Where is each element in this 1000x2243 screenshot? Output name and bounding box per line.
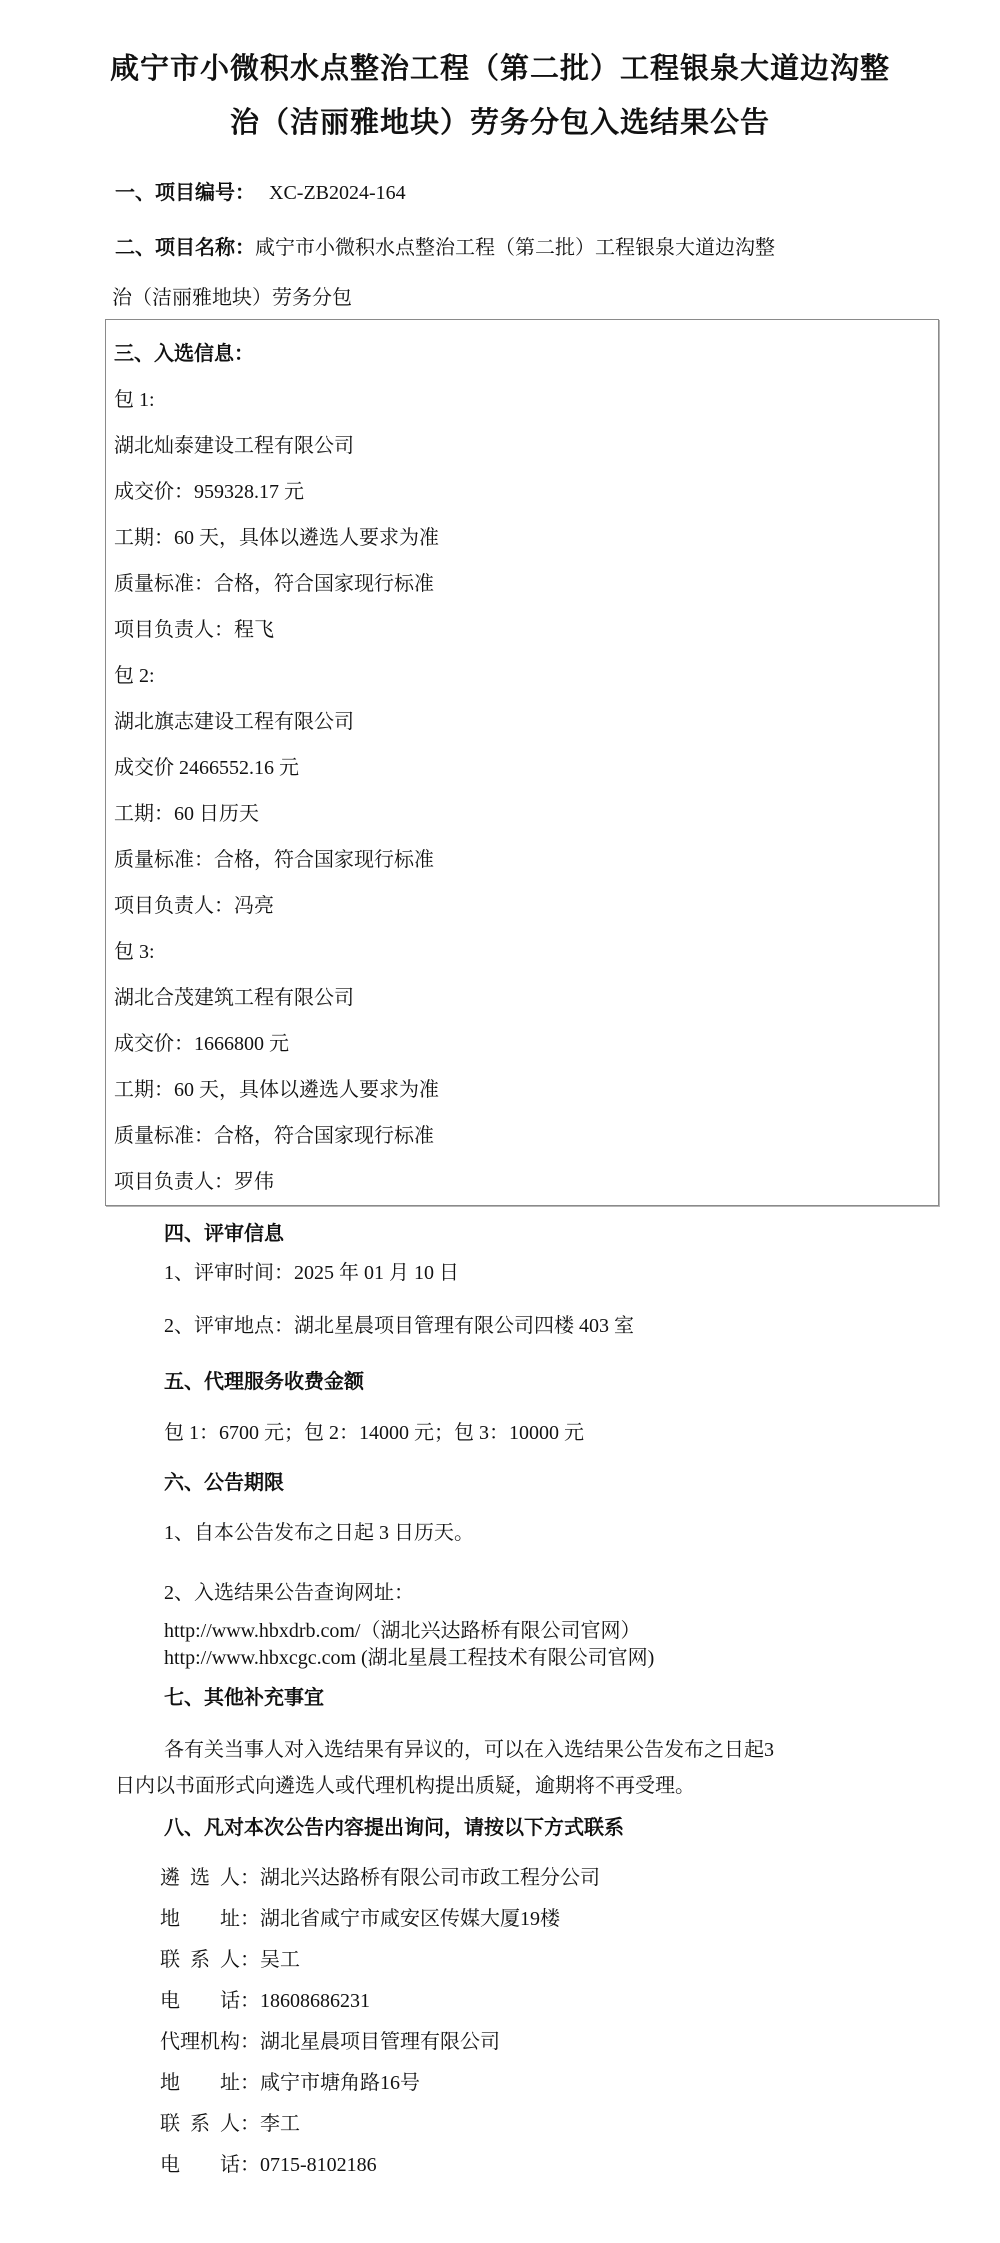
selector-contact-person-row: 联系人：吴工 — [0, 1946, 1000, 1974]
selector-address-value: ：湖北省咸宁市咸安区传媒大厦19楼 — [240, 1908, 560, 1930]
package-1-duration: 工期：60 天，具体以遴选人要求为准 — [114, 515, 928, 561]
agency-value: ：湖北星晨项目管理有限公司 — [240, 2031, 500, 2053]
agency-contact-person-row: 联系人：李工 — [0, 2110, 1000, 2138]
selector-phone-row: 电话：18608686231 — [0, 1987, 1000, 2015]
selection-info-heading: 三、入选信息： — [114, 331, 928, 377]
package-3-company: 湖北合茂建筑工程有限公司 — [114, 975, 928, 1021]
selector-phone-label: 电话 — [160, 1987, 240, 2015]
package-1-label: 包 1: — [114, 377, 928, 423]
selector-value: ：湖北兴达路桥有限公司市政工程分公司 — [240, 1867, 600, 1889]
selector-label: 遴选人 — [160, 1864, 240, 1892]
project-number-label: 一、项目编号： — [115, 182, 255, 204]
document-title: 咸宁市小微积水点整治工程（第二批）工程银泉大道边沟整 治（洁丽雅地块）劳务分包入… — [0, 0, 1000, 150]
agency-label: 代理机构 — [160, 2028, 240, 2056]
result-query-url-2: http://www.hbxcgc.com (湖北星晨工程技术有限公司官网) — [0, 1645, 1000, 1672]
selection-info-box: 三、入选信息： 包 1: 湖北灿泰建设工程有限公司 成交价：959328.17 … — [105, 319, 939, 1206]
project-name-value-line1: 咸宁市小微积水点整治工程（第二批）工程银泉大道边沟整 — [255, 237, 775, 259]
selector-phone-value: ：18608686231 — [240, 1990, 370, 2012]
notice-period-query-label: 2、入选结果公告查询网址： — [0, 1579, 1000, 1607]
review-place: 2、评审地点：湖北星晨项目管理有限公司四楼 403 室 — [0, 1312, 1000, 1340]
selector-address-row: 地址：湖北省咸宁市咸安区传媒大厦19楼 — [0, 1905, 1000, 1933]
result-query-url-1: http://www.hbxdrb.com/（湖北兴达路桥有限公司官网） — [0, 1618, 1000, 1645]
contact-heading: 八、凡对本次公告内容提出询问，请按以下方式联系 — [0, 1814, 1000, 1842]
agency-phone-row: 电话：0715-8102186 — [0, 2151, 1000, 2179]
project-number-row: 一、项目编号：XC-ZB2024-164 — [0, 179, 1000, 207]
other-notes-paragraph-line2: 日内以书面形式向遴选人或代理机构提出质疑，逾期将不再受理。 — [0, 1772, 1000, 1800]
package-1-manager: 项目负责人：程飞 — [114, 607, 928, 653]
review-info-heading: 四、评审信息 — [0, 1220, 1000, 1248]
selector-address-label: 地址 — [160, 1905, 240, 1933]
title-line-2: 治（洁丽雅地块）劳务分包入选结果公告 — [0, 96, 1000, 150]
package-3-quality: 质量标准：合格，符合国家现行标准 — [114, 1113, 928, 1159]
selector-row: 遴选人：湖北兴达路桥有限公司市政工程分公司 — [0, 1864, 1000, 1892]
project-name-label: 二、项目名称： — [115, 237, 255, 259]
announcement-document: 咸宁市小微积水点整治工程（第二批）工程银泉大道边沟整 治（洁丽雅地块）劳务分包入… — [0, 0, 1000, 2179]
agency-contact-person-label: 联系人 — [160, 2110, 240, 2138]
package-2-manager: 项目负责人：冯亮 — [114, 883, 928, 929]
notice-period-duration: 1、自本公告发布之日起 3 日历天。 — [0, 1519, 1000, 1547]
title-line-1: 咸宁市小微积水点整治工程（第二批）工程银泉大道边沟整 — [0, 42, 1000, 96]
package-1-price: 成交价：959328.17 元 — [114, 469, 928, 515]
notice-period-heading: 六、公告期限 — [0, 1469, 1000, 1497]
package-1-quality: 质量标准：合格，符合国家现行标准 — [114, 561, 928, 607]
selector-contact-person-value: ：吴工 — [240, 1949, 300, 1971]
project-name-row: 二、项目名称：咸宁市小微积水点整治工程（第二批）工程银泉大道边沟整 — [0, 234, 1000, 262]
agency-fee-heading: 五、代理服务收费金额 — [0, 1368, 1000, 1396]
agency-contact-person-value: ：李工 — [240, 2113, 300, 2135]
agency-address-value: ：咸宁市塘角路16号 — [240, 2072, 420, 2094]
package-3-duration: 工期：60 天，具体以遴选人要求为准 — [114, 1067, 928, 1113]
other-notes-heading: 七、其他补充事宜 — [0, 1684, 1000, 1712]
project-number-value: XC-ZB2024-164 — [269, 182, 406, 204]
package-2-price: 成交价 2466552.16 元 — [114, 745, 928, 791]
agency-address-label: 地址 — [160, 2069, 240, 2097]
package-1-company: 湖北灿泰建设工程有限公司 — [114, 423, 928, 469]
other-notes-paragraph-line1: 各有关当事人对入选结果有异议的，可以在入选结果公告发布之日起3 — [0, 1736, 1000, 1764]
agency-phone-label: 电话 — [160, 2151, 240, 2179]
selector-contact-person-label: 联系人 — [160, 1946, 240, 1974]
agency-phone-value: ：0715-8102186 — [240, 2154, 377, 2176]
package-2-company: 湖北旗志建设工程有限公司 — [114, 699, 928, 745]
agency-address-row: 地址：咸宁市塘角路16号 — [0, 2069, 1000, 2097]
package-2-label: 包 2: — [114, 653, 928, 699]
package-2-quality: 质量标准：合格，符合国家现行标准 — [114, 837, 928, 883]
agency-row: 代理机构：湖北星晨项目管理有限公司 — [0, 2028, 1000, 2056]
package-3-manager: 项目负责人：罗伟 — [114, 1159, 928, 1205]
package-3-price: 成交价：1666800 元 — [114, 1021, 928, 1067]
package-2-duration: 工期：60 日历天 — [114, 791, 928, 837]
review-time: 1、评审时间：2025 年 01 月 10 日 — [0, 1259, 1000, 1287]
contact-block: 遴选人：湖北兴达路桥有限公司市政工程分公司 地址：湖北省咸宁市咸安区传媒大厦19… — [0, 1864, 1000, 2179]
agency-fee-detail: 包 1：6700 元；包 2：14000 元；包 3：10000 元 — [0, 1419, 1000, 1447]
package-3-label: 包 3: — [114, 929, 928, 975]
project-name-continuation: 治（洁丽雅地块）劳务分包 — [0, 284, 1000, 312]
